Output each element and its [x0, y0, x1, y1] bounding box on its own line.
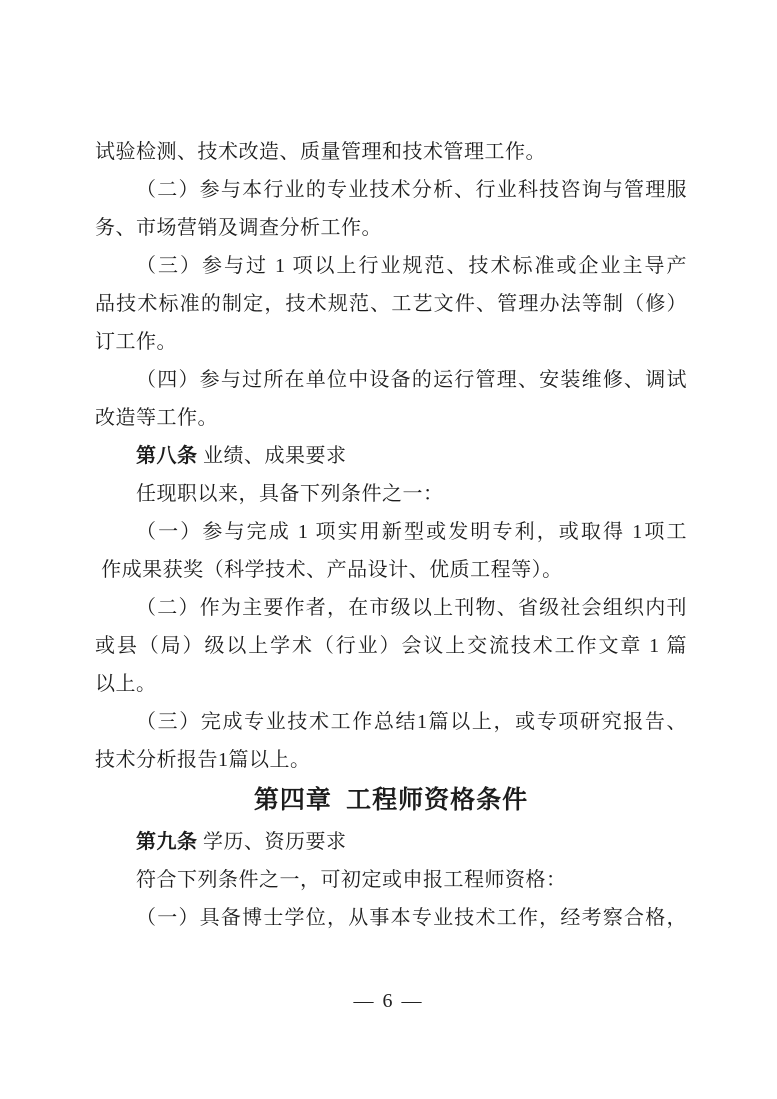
- text-line: 第九条 学历、资历要求: [95, 823, 687, 861]
- text-line: 务、市场营销及调查分析工作。: [95, 209, 687, 247]
- document-page: 试验检测、技术改造、质量管理和技术管理工作。（二）参与本行业的专业技术分析、行业…: [0, 0, 777, 1099]
- text-line: 符合下列条件之一，可初定或申报工程师资格：: [95, 861, 687, 899]
- page-footer: — 6 —: [0, 990, 777, 1013]
- document-body: 试验检测、技术改造、质量管理和技术管理工作。（二）参与本行业的专业技术分析、行业…: [95, 133, 687, 937]
- text-line: 作成果获奖（科学技术、产品设计、优质工程等）。: [95, 551, 687, 589]
- text-line: 技术分析报告1篇以上。: [95, 741, 687, 779]
- text-line: 改造等工作。: [95, 399, 687, 437]
- page-number: — 6 —: [354, 990, 424, 1012]
- text-line: （三）参与过 1 项以上行业规范、技术标准或企业主导产: [95, 247, 687, 285]
- text-line: 或县（局）级以上学术（行业）会议上交流技术工作文章 1 篇: [95, 627, 687, 665]
- article-number: 第九条: [136, 831, 198, 853]
- text-line: 试验检测、技术改造、质量管理和技术管理工作。: [95, 133, 687, 171]
- article-number: 第八条: [136, 445, 198, 467]
- text-line: 订工作。: [95, 323, 687, 361]
- text-line: 任现职以来，具备下列条件之一：: [95, 475, 687, 513]
- text-line: （一）具备博士学位，从事本专业技术工作，经考察合格，: [95, 899, 687, 937]
- text-line: 以上。: [95, 665, 687, 703]
- text-line: 第八条 业绩、成果要求: [95, 437, 687, 475]
- text-line: （一）参与完成 1 项实用新型或发明专利，或取得 1项工: [95, 513, 687, 551]
- text-line: （四）参与过所在单位中设备的运行管理、安装维修、调试: [95, 361, 687, 399]
- text-line: （二）参与本行业的专业技术分析、行业科技咨询与管理服: [95, 171, 687, 209]
- text-line: （三）完成专业技术工作总结1篇以上，或专项研究报告、: [95, 703, 687, 741]
- text-line: （二）作为主要作者，在市级以上刊物、省级社会组织内刊: [95, 589, 687, 627]
- chapter-heading: 第四章 工程师资格条件: [95, 779, 687, 823]
- text-line: 品技术标准的制定，技术规范、工艺文件、管理办法等制（修）: [95, 285, 687, 323]
